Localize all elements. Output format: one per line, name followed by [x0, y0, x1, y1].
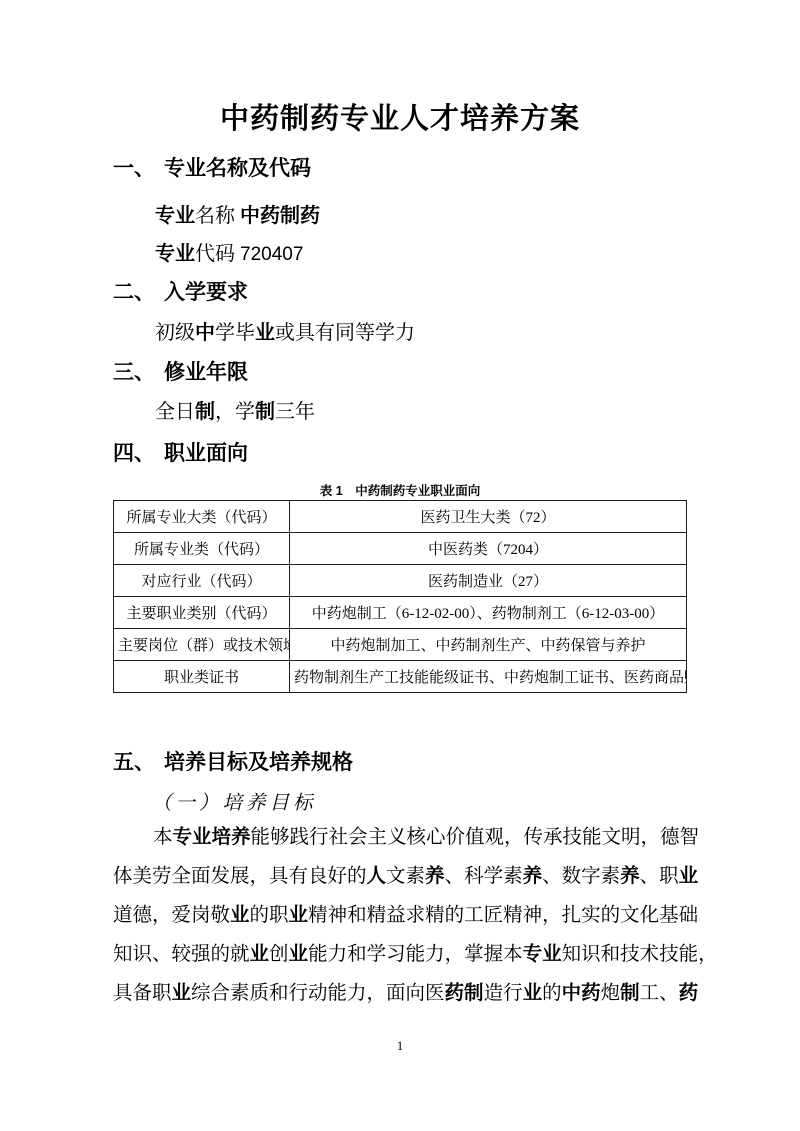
table-row-label: 所属专业类（代码）: [114, 533, 290, 565]
document-page: { "title": "中药制药专业人才培养方案", "sections": […: [0, 0, 800, 1131]
table-row-label: 所属专业大类（代码）: [114, 501, 290, 533]
document-title: 中药制药专业人才培养方案: [0, 96, 800, 137]
table-row: 对应行业（代码） 医药制造业（27）: [114, 565, 687, 597]
paragraph-line: 知识、较强的就业创业能力和学习能力，掌握本专业知识和技术技能，: [113, 935, 687, 974]
table-row-label: 对应行业（代码）: [114, 565, 290, 597]
job-orientation-table: 所属专业大类（代码） 医药卫生大类（72） 所属专业类（代码） 中医药类（720…: [113, 500, 687, 693]
section-heading-1: 一、专业名称及代码: [113, 152, 311, 182]
paragraph-line: 具备职业综合素质和行动能力，面向医药制造行业的中药炮制工、药: [113, 974, 687, 1013]
table-row-value: 药物制剂生产工技能能级证书、中药炮制工证书、医药商品购销员证等: [290, 661, 687, 693]
table-row: 所属专业类（代码） 中医药类（7204）: [114, 533, 687, 565]
table-row-value: 中医药类（7204）: [290, 533, 687, 565]
table-row-label: 主要岗位（群）或技术领域: [114, 629, 290, 661]
section-title: 入学要求: [164, 281, 248, 304]
section-heading-2: 二、入学要求: [113, 276, 248, 306]
table-row: 职业类证书 药物制剂生产工技能能级证书、中药炮制工证书、医药商品购销员证等: [114, 661, 687, 693]
table-row-label: 职业类证书: [114, 661, 290, 693]
major-code-line: 专业代码 720407: [155, 237, 303, 266]
major-name-line: 专业名称 中药制药: [155, 199, 320, 228]
section-number: 四、: [113, 442, 155, 465]
section-title: 专业名称及代码: [164, 157, 311, 180]
paragraph-line: 道德，爱岗敬业的职业精神和精益求精的工匠精神，扎实的文化基础: [113, 896, 687, 935]
section-heading-5: 五、培养目标及培养规格: [113, 746, 353, 776]
paragraph-line: 体美劳全面发展，具有良好的人文素养、科学素养、数字素养、职业: [113, 857, 687, 896]
table-row-value: 中药炮制工（6-12-02-00）、药物制剂工（6-12-03-00）: [290, 597, 687, 629]
section-title: 修业年限: [164, 361, 248, 384]
page-number: 1: [0, 1038, 800, 1054]
table-row: 主要岗位（群）或技术领域 中药炮制加工、中药制剂生产、中药保管与养护: [114, 629, 687, 661]
section-number: 五、: [113, 751, 155, 774]
table-row-value: 医药制造业（27）: [290, 565, 687, 597]
training-goal-paragraph: 本专业培养能够践行社会主义核心价值观，传承技能文明，德智 体美劳全面发展，具有良…: [113, 818, 687, 1013]
admission-requirement-line: 初级中学毕业或具有同等学力: [155, 316, 415, 345]
table-row-value: 中药炮制加工、中药制剂生产、中药保管与养护: [290, 629, 687, 661]
table-row-label: 主要职业类别（代码）: [114, 597, 290, 629]
table-row: 所属专业大类（代码） 医药卫生大类（72）: [114, 501, 687, 533]
section-heading-3: 三、修业年限: [113, 356, 248, 386]
section-title: 职业面向: [164, 442, 248, 465]
section-number: 三、: [113, 361, 155, 384]
section-number: 一、: [113, 157, 155, 180]
section-heading-4: 四、职业面向: [113, 437, 248, 467]
table-row: 主要职业类别（代码） 中药炮制工（6-12-02-00）、药物制剂工（6-12-…: [114, 597, 687, 629]
study-duration-line: 全日制，学制三年: [155, 395, 315, 424]
section-number: 二、: [113, 281, 155, 304]
table-row-value: 医药卫生大类（72）: [290, 501, 687, 533]
table-caption: 表 1 中药制药专业职业面向: [113, 481, 687, 499]
paragraph-line: 本专业培养能够践行社会主义核心价值观，传承技能文明，德智: [113, 818, 687, 857]
subsection-heading-training-goal: （一）培养目标: [152, 787, 317, 815]
section-title: 培养目标及培养规格: [164, 751, 353, 774]
